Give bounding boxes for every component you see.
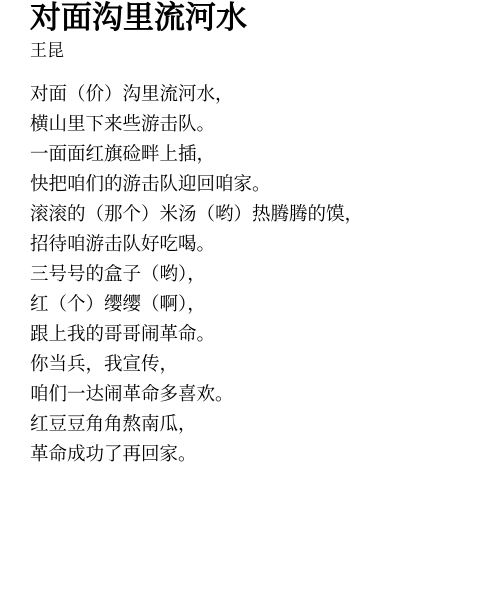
lyric-line: 横山里下来些游击队。 — [30, 109, 480, 139]
lyric-line: 一面面红旗硷畔上插， — [30, 139, 480, 169]
lyrics-body: 对面（价）沟里流河水， 横山里下来些游击队。 一面面红旗硷畔上插， 快把咱们的游… — [30, 79, 480, 469]
lyric-line: 革命成功了再回家。 — [30, 439, 480, 469]
lyric-line: 咱们一达闹革命多喜欢。 — [30, 379, 480, 409]
lyric-line: 快把咱们的游击队迎回咱家。 — [30, 169, 480, 199]
lyric-line: 三号号的盒子（哟）， — [30, 259, 480, 289]
page-title: 对面沟里流河水 — [30, 0, 480, 36]
lyrics-page: 对面沟里流河水 王昆 对面（价）沟里流河水， 横山里下来些游击队。 一面面红旗硷… — [0, 0, 500, 610]
lyric-line: 对面（价）沟里流河水， — [30, 79, 480, 109]
lyric-line: 滚滚的（那个）米汤（哟）热腾腾的馍， — [30, 199, 480, 229]
lyric-line: 红豆豆角角熬南瓜， — [30, 409, 480, 439]
author-name: 王昆 — [30, 38, 480, 64]
lyric-line: 招待咱游击队好吃喝。 — [30, 229, 480, 259]
lyric-line: 跟上我的哥哥闹革命。 — [30, 319, 480, 349]
lyric-line: 你当兵，我宣传， — [30, 349, 480, 379]
lyric-line: 红（个）缨缨（啊）， — [30, 289, 480, 319]
